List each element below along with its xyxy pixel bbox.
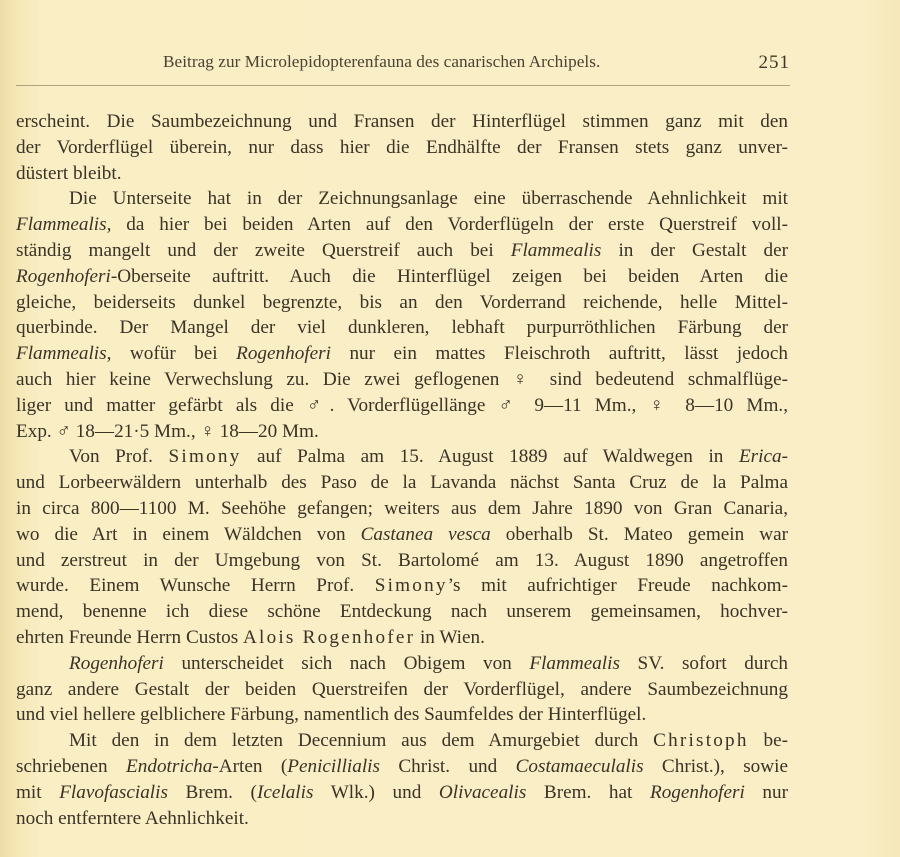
text-run: wo die Art in einem Wäldchen von (16, 524, 361, 545)
taxon-name: Endotricha (126, 756, 212, 777)
document-page: Beitrag zur Microlepidopterenfauna des c… (0, 0, 900, 857)
page-number: 251 (759, 52, 791, 74)
text-run: liger und matter gefärbt als die ♂. Vord… (16, 395, 788, 416)
person-name: Simony (169, 446, 242, 467)
text-run: auf Palma am 15. August 1889 auf Waldweg… (241, 446, 738, 467)
text-run: erscheint. Die Saumbezeichnung und Frans… (16, 111, 788, 132)
taxon-name: Icelalis (257, 782, 313, 803)
taxon-name: Flavofascialis (59, 782, 168, 803)
paragraph: Von Prof. Simony auf Palma am 15. August… (16, 444, 788, 650)
taxon-name: Costamaeculalis (516, 756, 644, 777)
text-run: oberhalb St. Mateo gemein war (491, 524, 788, 545)
text-run: ganz andere Gestalt der beiden Querstrei… (16, 679, 788, 700)
text-run: in circa 800—1100 M. Seehöhe gefangen; w… (16, 498, 788, 519)
text-run: SV. sofort durch (620, 653, 788, 674)
text-run: Brem. ( (168, 782, 257, 803)
text-run: querbinde. Der Mangel der viel dunkleren… (16, 317, 788, 338)
person-name: Simony (375, 575, 448, 596)
text-run: Brem. hat (526, 782, 650, 803)
taxon-name: Flammealis, (16, 214, 111, 235)
text-line: liger und matter gefärbt als die ♂. Vord… (16, 393, 788, 419)
text-line: in circa 800—1100 M. Seehöhe gefangen; w… (16, 496, 788, 522)
taxon-name: Rogenhoferi (650, 782, 745, 803)
text-run: auch hier keine Verwechslung zu. Die zwe… (16, 369, 788, 390)
text-run: Die Unterseite hat in der Zeichnungsanla… (69, 188, 788, 209)
text-run: der Vorderflügel überein, nur dass hier … (16, 137, 788, 158)
text-line: schriebenen Endotricha-Arten (Penicillia… (16, 754, 788, 780)
text-line: und zerstreut in der Umgebung von St. Ba… (16, 548, 788, 574)
taxon-name: Flammealis (511, 240, 602, 261)
text-run: und zerstreut in der Umgebung von St. Ba… (16, 550, 788, 571)
person-name: Alois Rogenhofer (243, 627, 415, 648)
text-run: und viel hellere gelblichere Färbung, na… (16, 704, 646, 725)
text-line: ständig mangelt und der zweite Querstrei… (16, 238, 788, 264)
text-run: Christ.), sowie (644, 756, 788, 777)
text-line: gleiche, beiderseits dunkel begrenzte, b… (16, 290, 788, 316)
taxon-name: Flammealis, (16, 343, 111, 364)
header-rule (16, 85, 790, 86)
text-run: noch entferntere Aehnlichkeit. (16, 808, 249, 829)
text-line: wurde. Einem Wunsche Herrn Prof. Simony’… (16, 573, 788, 599)
text-run: mend, benenne ich diese schöne Entdeckun… (16, 601, 788, 622)
text-run: Exp. ♂ 18—21·5 Mm., ♀ 18—20 Mm. (16, 421, 319, 442)
taxon-name: Castanea vesca (361, 524, 491, 545)
text-line: der Vorderflügel überein, nur dass hier … (16, 135, 788, 161)
running-head: Beitrag zur Microlepidopterenfauna des c… (16, 52, 790, 78)
text-run: be- (749, 730, 788, 751)
text-run: schriebenen (16, 756, 126, 777)
text-line: Exp. ♂ 18—21·5 Mm., ♀ 18—20 Mm. (16, 419, 788, 445)
text-run: Christ. und (380, 756, 516, 777)
text-line: ehrten Freunde Herrn Custos Alois Rogenh… (16, 625, 788, 651)
text-run: unterscheidet sich nach Obigem von (164, 653, 529, 674)
taxon-name: Rogenhoferi (69, 653, 164, 674)
text-line: Flammealis, wofür bei Rogenhoferi nur ei… (16, 341, 788, 367)
taxon-name: Flammealis (529, 653, 620, 674)
paragraph: Rogenhoferi unterscheidet sich nach Obig… (16, 651, 788, 728)
text-line: mit Flavofascialis Brem. (Icelalis Wlk.)… (16, 780, 788, 806)
text-line: mend, benenne ich diese schöne Entdeckun… (16, 599, 788, 625)
text-run: da hier bei beiden Arten auf den Vorderf… (111, 214, 788, 235)
text-run: und Lorbeerwäldern unterhalb des Paso de… (16, 472, 788, 493)
text-run: -Arten ( (212, 756, 287, 777)
text-line: noch entferntere Aehnlichkeit. (16, 806, 788, 832)
taxon-name: Olivacealis (439, 782, 526, 803)
text-line: Die Unterseite hat in der Zeichnungsanla… (16, 186, 788, 212)
text-line: Rogenhoferi unterscheidet sich nach Obig… (16, 651, 788, 677)
paragraph: Mit den in dem letzten Decennium aus dem… (16, 728, 788, 831)
text-run: düstert bleibt. (16, 163, 122, 184)
text-line: querbinde. Der Mangel der viel dunkleren… (16, 315, 788, 341)
text-run: Von Prof. (69, 446, 169, 467)
text-run: mit (16, 782, 59, 803)
text-line: auch hier keine Verwechslung zu. Die zwe… (16, 367, 788, 393)
text-run: wofür bei (111, 343, 236, 364)
text-line: düstert bleibt. (16, 161, 788, 187)
text-line: Flammealis, da hier bei beiden Arten auf… (16, 212, 788, 238)
taxon-name: Rogenhoferi (236, 343, 331, 364)
text-line: Von Prof. Simony auf Palma am 15. August… (16, 444, 788, 470)
person-name: Christoph (653, 730, 749, 751)
text-run: nur ein mattes Fleischroth auftritt, läs… (331, 343, 788, 364)
text-line: und viel hellere gelblichere Färbung, na… (16, 702, 788, 728)
text-line: wo die Art in einem Wäldchen von Castane… (16, 522, 788, 548)
text-line: und Lorbeerwäldern unterhalb des Paso de… (16, 470, 788, 496)
text-run: nur (745, 782, 788, 803)
text-run: -Oberseite auftritt. Auch die Hinterflüg… (111, 266, 788, 287)
text-run: ’s mit aufrichtiger Freude nachkom- (448, 575, 788, 596)
text-run: gleiche, beiderseits dunkel begrenzte, b… (16, 292, 788, 313)
text-run: wurde. Einem Wunsche Herrn Prof. (16, 575, 375, 596)
paragraph: Die Unterseite hat in der Zeichnungsanla… (16, 186, 788, 444)
paragraph: erscheint. Die Saumbezeichnung und Frans… (16, 109, 788, 186)
text-line: Mit den in dem letzten Decennium aus dem… (16, 728, 788, 754)
text-run: Mit den in dem letzten Decennium aus dem… (69, 730, 653, 751)
text-run: Wlk.) und (313, 782, 438, 803)
running-title: Beitrag zur Microlepidopterenfauna des c… (163, 52, 600, 72)
text-line: ganz andere Gestalt der beiden Querstrei… (16, 677, 788, 703)
text-line: erscheint. Die Saumbezeichnung und Frans… (16, 109, 788, 135)
taxon-name: Penicillialis (287, 756, 380, 777)
text-run: ehrten Freunde Herrn Custos (16, 627, 243, 648)
text-run: ständig mangelt und der zweite Querstrei… (16, 240, 511, 261)
text-run: in der Gestalt der (601, 240, 788, 261)
text-run: in Wien. (415, 627, 485, 648)
taxon-name: Rogenhoferi (16, 266, 111, 287)
taxon-name: Erica- (739, 446, 788, 467)
text-line: Rogenhoferi-Oberseite auftritt. Auch die… (16, 264, 788, 290)
body-text: erscheint. Die Saumbezeichnung und Frans… (16, 109, 788, 831)
